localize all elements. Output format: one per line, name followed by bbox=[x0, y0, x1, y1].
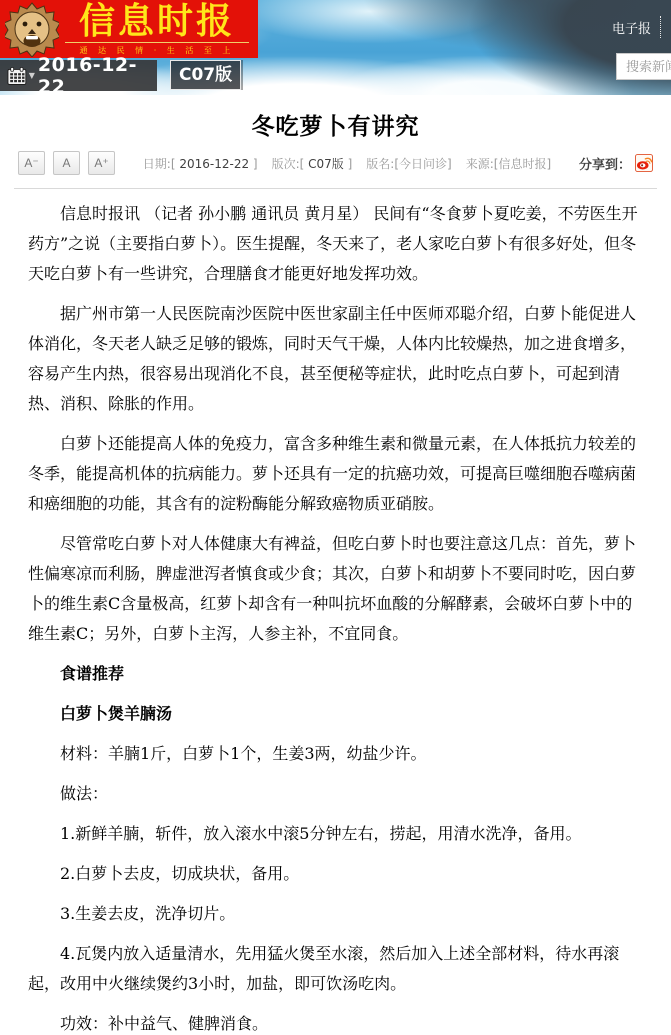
search-input[interactable] bbox=[616, 53, 671, 80]
lion-logo-icon bbox=[5, 2, 59, 57]
paragraph: 尽管常吃白萝卜对人体健康大有裨益，但吃白萝卜时也要注意这几点：首先，萝卜性偏寒凉… bbox=[28, 529, 643, 649]
page: 信息时报 通 达 民 情 · 生 活 至 上 ▼ 2016-12-22 bbox=[0, 0, 671, 1035]
paragraph: 信息时报讯 （记者 孙小鹏 通讯员 黄月星） 民间有“冬食萝卜夏吃姜，不劳医生开… bbox=[28, 199, 643, 289]
site-header: 信息时报 通 达 民 情 · 生 活 至 上 ▼ 2016-12-22 bbox=[0, 0, 671, 95]
font-larger-button[interactable]: A⁺ bbox=[88, 151, 115, 175]
paragraph: 据广州市第一人民医院南沙医院中医世家副主任中医师邓聪介绍，白萝卜能促进人体消化，… bbox=[28, 299, 643, 419]
header-sky-image: 信息时报 通 达 民 情 · 生 活 至 上 ▼ 2016-12-22 bbox=[0, 0, 671, 95]
paragraph: 2.白萝卜去皮，切成块状，备用。 bbox=[28, 859, 643, 889]
meta-item: 来源:[信息时报] bbox=[466, 157, 551, 171]
masthead-banner[interactable]: 信息时报 通 达 民 情 · 生 活 至 上 bbox=[0, 0, 258, 58]
paragraph: 4.瓦煲内放入适量清水，先用猛火煲至水滚，然后加入上述全部材料，待水再滚起，改用… bbox=[28, 939, 643, 999]
paragraph: 1.新鲜羊腩，斩件，放入滚水中滚5分钟左右，捞起，用清水洗净，备用。 bbox=[28, 819, 643, 849]
article-title: 冬吃萝卜有讲究 bbox=[14, 108, 657, 141]
weibo-share-icon[interactable] bbox=[635, 154, 653, 172]
section-heading: 食谱推荐 bbox=[28, 659, 643, 689]
current-date: 2016-12-22 bbox=[38, 54, 157, 96]
site-title: 信息时报 bbox=[63, 1, 251, 42]
font-smaller-button[interactable]: A⁻ bbox=[18, 151, 45, 175]
article-body: 信息时报讯 （记者 孙小鹏 通讯员 黄月星） 民间有“冬食萝卜夏吃姜，不劳医生开… bbox=[14, 189, 657, 1035]
meta-item: 日期:[ 2016-12-22 ] bbox=[143, 157, 258, 171]
paragraph: 功效：补中益气、健脾消食。 bbox=[28, 1009, 643, 1035]
calendar-icon bbox=[7, 66, 27, 86]
meta-item: 版名:[今日问诊] bbox=[366, 157, 451, 171]
epaper-link[interactable]: 电子报 bbox=[612, 18, 651, 37]
font-normal-button[interactable]: A bbox=[53, 151, 80, 175]
paragraph: 3.生姜去皮，洗净切片。 bbox=[28, 899, 643, 929]
meta-item: 版次:[ C07版 ] bbox=[272, 157, 353, 171]
section-heading: 白萝卜煲羊腩汤 bbox=[28, 699, 643, 729]
share-controls: 分享到： bbox=[579, 154, 653, 173]
share-label: 分享到： bbox=[579, 154, 631, 173]
paragraph: 白萝卜还能提高人体的免疫力，富含多种维生素和微量元素，在人体抵抗力较差的冬季，能… bbox=[28, 429, 643, 519]
article-container: 冬吃萝卜有讲究 A⁻ A A⁺ 日期:[ 2016-12-22 ]版次:[ C0… bbox=[0, 108, 671, 1035]
header-dotted-divider bbox=[660, 16, 661, 38]
date-picker[interactable]: ▼ 2016-12-22 bbox=[0, 60, 157, 91]
chevron-down-icon: ▼ bbox=[29, 71, 35, 80]
edition-button[interactable]: C07版 bbox=[170, 60, 241, 90]
paragraph: 材料：羊腩1斤，白萝卜1个，生姜3两，幼盐少许。 bbox=[28, 739, 643, 769]
article-toolbar: A⁻ A A⁺ 日期:[ 2016-12-22 ]版次:[ C07版 ]版名:[… bbox=[18, 150, 653, 176]
paragraph: 做法： bbox=[28, 779, 643, 809]
article-meta: 日期:[ 2016-12-22 ]版次:[ C07版 ]版名:[今日问诊]来源:… bbox=[115, 155, 579, 172]
font-size-controls: A⁻ A A⁺ bbox=[18, 151, 115, 175]
